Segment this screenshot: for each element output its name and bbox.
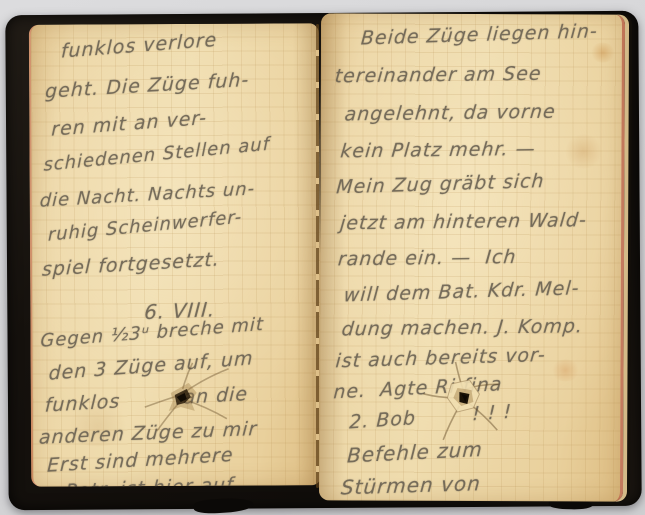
handwriting-line: angelehnt, da vorne bbox=[344, 101, 557, 126]
handwriting-line: kein Platz mehr. — bbox=[339, 138, 536, 163]
torn-fabric bbox=[193, 497, 254, 515]
left-page: funklos verloregeht. Die Züge fuh-ren mi… bbox=[29, 23, 321, 487]
binding-stitches bbox=[316, 24, 319, 488]
handwriting-line: rande ein. — Ich bbox=[337, 246, 518, 270]
handwriting-line: tereinander am See bbox=[334, 63, 543, 88]
right-page: Beide Züge liegen hin-tereinander am See… bbox=[319, 13, 625, 501]
photo-background: funklos verloregeht. Die Züge fuh-ren mi… bbox=[0, 0, 645, 515]
handwriting-line: jetzt am hinteren Wald- bbox=[339, 209, 588, 234]
handwriting-line: Stürmen von bbox=[340, 471, 482, 499]
handwriting-line: dung machen. J. Komp. bbox=[341, 315, 584, 340]
